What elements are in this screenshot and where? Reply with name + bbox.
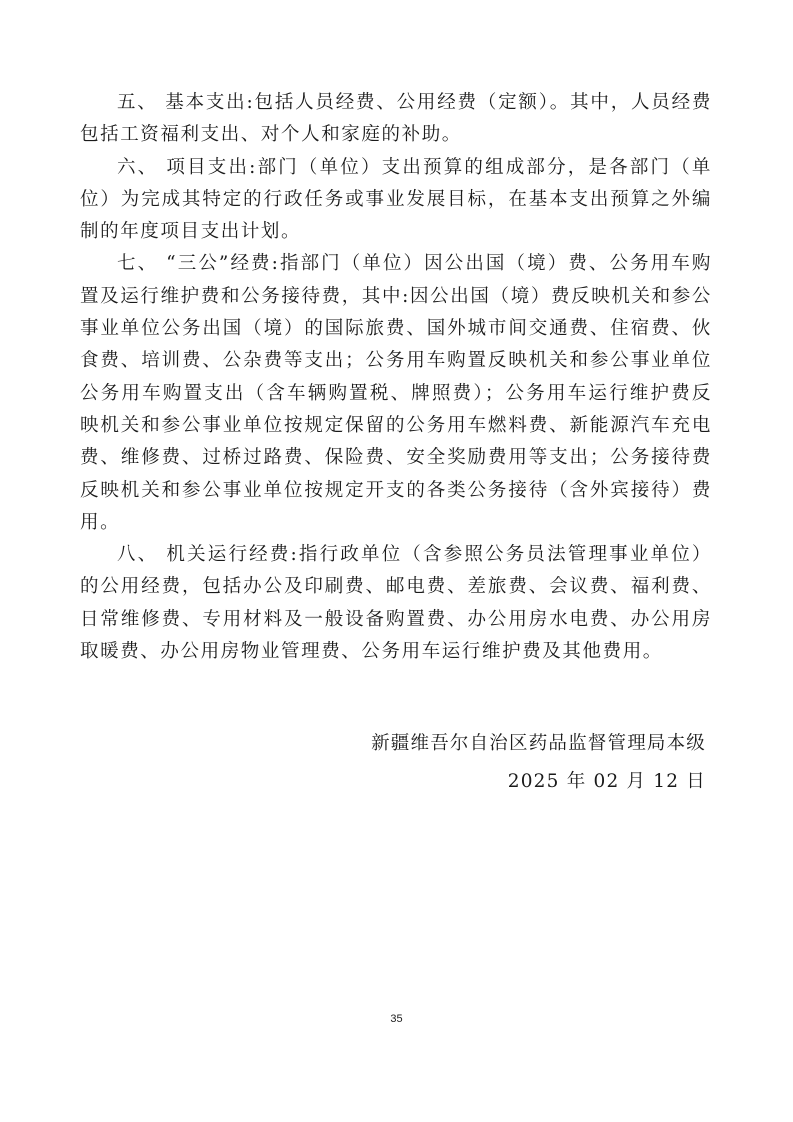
- paragraph-agency-operating-expenses: 八、 机关运行经费:指行政单位（含参照公务员法管理事业单位）的公用经费，包括办公…: [80, 539, 712, 668]
- signature-block: 新疆维吾尔自治区药品监督管理局本级 2025 年 02 月 12 日: [371, 725, 706, 801]
- paragraph-project-expenditure: 六、 项目支出:部门（单位）支出预算的组成部分，是各部门（单位）为完成其特定的行…: [80, 152, 712, 249]
- page-number: 35: [0, 1013, 793, 1025]
- paragraph-basic-expenditure: 五、 基本支出:包括人员经费、公用经费（定额）。其中，人员经费包括工资福利支出、…: [80, 87, 712, 152]
- document-body: 五、 基本支出:包括人员经费、公用经费（定额）。其中，人员经费包括工资福利支出、…: [80, 87, 712, 668]
- signature-organization: 新疆维吾尔自治区药品监督管理局本级: [371, 725, 706, 763]
- signature-date: 2025 年 02 月 12 日: [371, 763, 706, 801]
- paragraph-three-public-expenses: 七、 “三公”经费:指部门（单位）因公出国（境）费、公务用车购置及运行维护费和公…: [80, 248, 712, 539]
- document-page: 五、 基本支出:包括人员经费、公用经费（定额）。其中，人员经费包括工资福利支出、…: [0, 0, 793, 1122]
